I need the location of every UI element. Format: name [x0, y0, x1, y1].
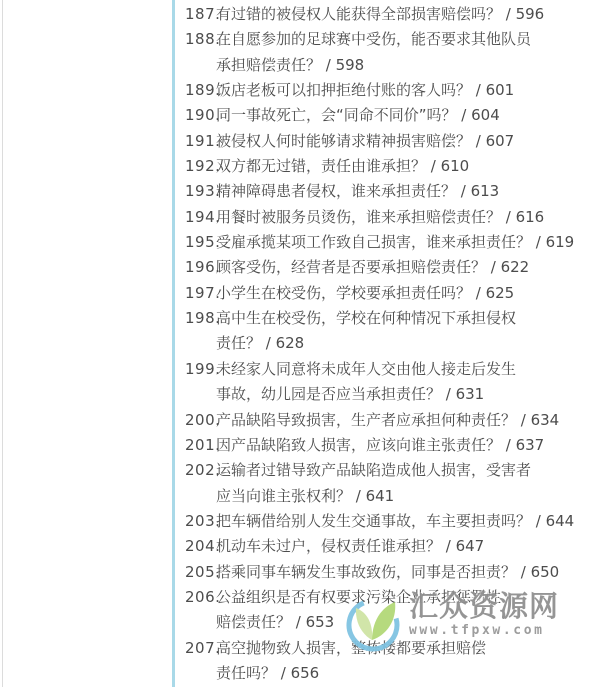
toc-entry-number: 201.	[185, 433, 216, 458]
toc-entry-number: 198.	[185, 306, 216, 331]
toc-entry-line: 204.机动车未过户，侵权责任谁承担？ / 647	[216, 534, 565, 559]
toc-entry-text: 搭乘同事车辆发生事故致伤，同事是否担责？ / 650	[216, 563, 559, 581]
toc-entry-continuation-line: 应当向谁主张权利？ / 641	[216, 484, 565, 509]
toc-entry-number: 195.	[185, 230, 216, 255]
toc-entry: 204.机动车未过户，侵权责任谁承担？ / 647	[185, 534, 565, 559]
toc-entry: 195.受雇承揽某项工作致自己损害，谁来承担责任？ / 619	[185, 230, 565, 255]
toc-entry-number: 192.	[185, 154, 216, 179]
toc-entry-text: 事故，幼儿园是否应当承担责任？ / 631	[216, 385, 484, 403]
toc-entry-number: 191.	[185, 129, 216, 154]
toc-entry-text: 饭店老板可以扣押拒绝付账的客人吗？ / 601	[216, 81, 514, 99]
watermark-texts: 汇众资源网 www.tfpxw.com	[409, 586, 559, 638]
toc-entry-text: 把车辆借给别人发生交通事故，车主要担责吗？ / 644	[216, 512, 574, 530]
toc-entry: 194.用餐时被服务员烫伤，谁来承担赔偿责任？ / 616	[185, 205, 565, 230]
toc-entry-text: 被侵权人何时能够请求精神损害赔偿？ / 607	[216, 132, 514, 150]
toc-entry-text: 精神障碍患者侵权，谁来承担责任？ / 613	[216, 182, 499, 200]
toc-entry-number: 196.	[185, 255, 216, 280]
toc-entry-number: 193.	[185, 179, 216, 204]
watermark: 汇众资源网 www.tfpxw.com	[341, 586, 571, 656]
toc-entry-number: 204.	[185, 534, 216, 559]
toc-entry: 187.有过错的被侵权人能获得全部损害赔偿吗？ / 596	[185, 2, 565, 27]
toc-entry: 191.被侵权人何时能够请求精神损害赔偿？ / 607	[185, 129, 565, 154]
toc-entry: 201.因产品缺陷致人损害，应该向谁主张责任？ / 637	[185, 433, 565, 458]
toc-entry-text: 用餐时被服务员烫伤，谁来承担赔偿责任？ / 616	[216, 208, 544, 226]
toc-entry: 202.运输者过错导致产品缺陷造成他人损害，受害者应当向谁主张权利？ / 641	[185, 458, 565, 509]
toc-entry-text: 机动车未过户，侵权责任谁承担？ / 647	[216, 537, 484, 555]
toc-entry-line: 198.高中生在校受伤，学校在何种情况下承担侵权	[216, 306, 565, 331]
toc-entry-number: 194.	[185, 205, 216, 230]
toc-entry-line: 187.有过错的被侵权人能获得全部损害赔偿吗？ / 596	[216, 2, 565, 27]
toc-entry-text: 运输者过错导致产品缺陷造成他人损害，受害者	[216, 461, 531, 479]
toc-entry-line: 190.同一事故死亡，会“同命不同价”吗？ / 604	[216, 103, 565, 128]
toc-entry: 205.搭乘同事车辆发生事故致伤，同事是否担责？ / 650	[185, 560, 565, 585]
toc-entry-line: 201.因产品缺陷致人损害，应该向谁主张责任？ / 637	[216, 433, 565, 458]
toc-entry-text: 顾客受伤，经营者是否要承担赔偿责任？ / 622	[216, 258, 529, 276]
watermark-site-url: www.tfpxw.com	[409, 623, 559, 638]
toc-entry: 192.双方都无过错，责任由谁承担？ / 610	[185, 154, 565, 179]
toc-entry-text: 小学生在校受伤，学校要承担责任吗？ / 625	[216, 284, 514, 302]
toc-entry-text: 同一事故死亡，会“同命不同价”吗？ / 604	[216, 106, 500, 124]
toc-entry-text: 有过错的被侵权人能获得全部损害赔偿吗？ / 596	[216, 5, 544, 23]
toc-entry-line: 191.被侵权人何时能够请求精神损害赔偿？ / 607	[216, 129, 565, 154]
table-of-contents: 187.有过错的被侵权人能获得全部损害赔偿吗？ / 596188.在自愿参加的足…	[185, 2, 565, 686]
toc-entry-text: 在自愿参加的足球赛中受伤，能否要求其他队员	[216, 30, 531, 48]
toc-entry-line: 192.双方都无过错，责任由谁承担？ / 610	[216, 154, 565, 179]
toc-entry-text: 双方都无过错，责任由谁承担？ / 610	[216, 157, 469, 175]
leaf-circle-icon	[341, 590, 405, 654]
toc-entry-number: 205.	[185, 560, 216, 585]
toc-entry-line: 199.未经家人同意将未成年人交由他人接走后发生	[216, 357, 565, 382]
toc-entry: 198.高中生在校受伤，学校在何种情况下承担侵权责任？ / 628	[185, 306, 565, 357]
toc-entry-text: 产品缺陷导致损害，生产者应承担何种责任？ / 634	[216, 411, 559, 429]
toc-entry-continuation-line: 承担赔偿责任？ / 598	[216, 53, 565, 78]
toc-entry-number: 197.	[185, 281, 216, 306]
toc-entry: 203.把车辆借给别人发生交通事故，车主要担责吗？ / 644	[185, 509, 565, 534]
toc-entry: 190.同一事故死亡，会“同命不同价”吗？ / 604	[185, 103, 565, 128]
toc-entry-line: 188.在自愿参加的足球赛中受伤，能否要求其他队员	[216, 27, 565, 52]
toc-entry-text: 责任？ / 628	[216, 334, 304, 352]
toc-entry-number: 188.	[185, 27, 216, 52]
toc-entry: 196.顾客受伤，经营者是否要承担赔偿责任？ / 622	[185, 255, 565, 280]
toc-entry-line: 203.把车辆借给别人发生交通事故，车主要担责吗？ / 644	[216, 509, 565, 534]
toc-entry-continuation-line: 责任吗？ / 656	[216, 661, 565, 686]
document-page: 187.有过错的被侵权人能获得全部损害赔偿吗？ / 596188.在自愿参加的足…	[0, 0, 592, 687]
toc-entry-text: 责任吗？ / 656	[216, 664, 319, 682]
toc-entry-continuation-line: 责任？ / 628	[216, 331, 565, 356]
toc-entry-text: 受雇承揽某项工作致自己损害，谁来承担责任？ / 619	[216, 233, 574, 251]
vertical-divider-line	[172, 0, 175, 687]
toc-entry-line: 205.搭乘同事车辆发生事故致伤，同事是否担责？ / 650	[216, 560, 565, 585]
toc-entry-text: 应当向谁主张权利？ / 641	[216, 487, 394, 505]
toc-entry-number: 206.	[185, 585, 216, 610]
toc-entry-text: 高中生在校受伤，学校在何种情况下承担侵权	[216, 309, 516, 327]
watermark-site-name: 汇众资源网	[409, 590, 559, 622]
toc-entry-line: 202.运输者过错导致产品缺陷造成他人损害，受害者	[216, 458, 565, 483]
toc-entry: 197.小学生在校受伤，学校要承担责任吗？ / 625	[185, 281, 565, 306]
toc-entry-line: 189.饭店老板可以扣押拒绝付账的客人吗？ / 601	[216, 78, 565, 103]
toc-entry-number: 199.	[185, 357, 216, 382]
toc-entry-number: 190.	[185, 103, 216, 128]
toc-entry: 199.未经家人同意将未成年人交由他人接走后发生事故，幼儿园是否应当承担责任？ …	[185, 357, 565, 408]
toc-entry: 189.饭店老板可以扣押拒绝付账的客人吗？ / 601	[185, 78, 565, 103]
toc-entry-continuation-line: 事故，幼儿园是否应当承担责任？ / 631	[216, 382, 565, 407]
toc-entry-text: 因产品缺陷致人损害，应该向谁主张责任？ / 637	[216, 436, 544, 454]
toc-entry-line: 196.顾客受伤，经营者是否要承担赔偿责任？ / 622	[216, 255, 565, 280]
toc-entry-text: 未经家人同意将未成年人交由他人接走后发生	[216, 360, 516, 378]
toc-entry-line: 195.受雇承揽某项工作致自己损害，谁来承担责任？ / 619	[216, 230, 565, 255]
toc-entry-number: 202.	[185, 458, 216, 483]
toc-entry-line: 194.用餐时被服务员烫伤，谁来承担赔偿责任？ / 616	[216, 205, 565, 230]
toc-entry-number: 189.	[185, 78, 216, 103]
toc-entry-number: 187.	[185, 2, 216, 27]
toc-entry-number: 203.	[185, 509, 216, 534]
toc-entry-number: 200.	[185, 408, 216, 433]
toc-entry: 188.在自愿参加的足球赛中受伤，能否要求其他队员承担赔偿责任？ / 598	[185, 27, 565, 78]
toc-entry-line: 193.精神障碍患者侵权，谁来承担责任？ / 613	[216, 179, 565, 204]
toc-entry-line: 197.小学生在校受伤，学校要承担责任吗？ / 625	[216, 281, 565, 306]
toc-entry-text: 赔偿责任？ / 653	[216, 613, 334, 631]
toc-entry-number: 207.	[185, 636, 216, 661]
page-left-edge-line	[2, 0, 3, 687]
toc-entry-text: 承担赔偿责任？ / 598	[216, 56, 364, 74]
toc-entry: 200.产品缺陷导致损害，生产者应承担何种责任？ / 634	[185, 408, 565, 433]
toc-entry-line: 200.产品缺陷导致损害，生产者应承担何种责任？ / 634	[216, 408, 565, 433]
toc-entry: 193.精神障碍患者侵权，谁来承担责任？ / 613	[185, 179, 565, 204]
